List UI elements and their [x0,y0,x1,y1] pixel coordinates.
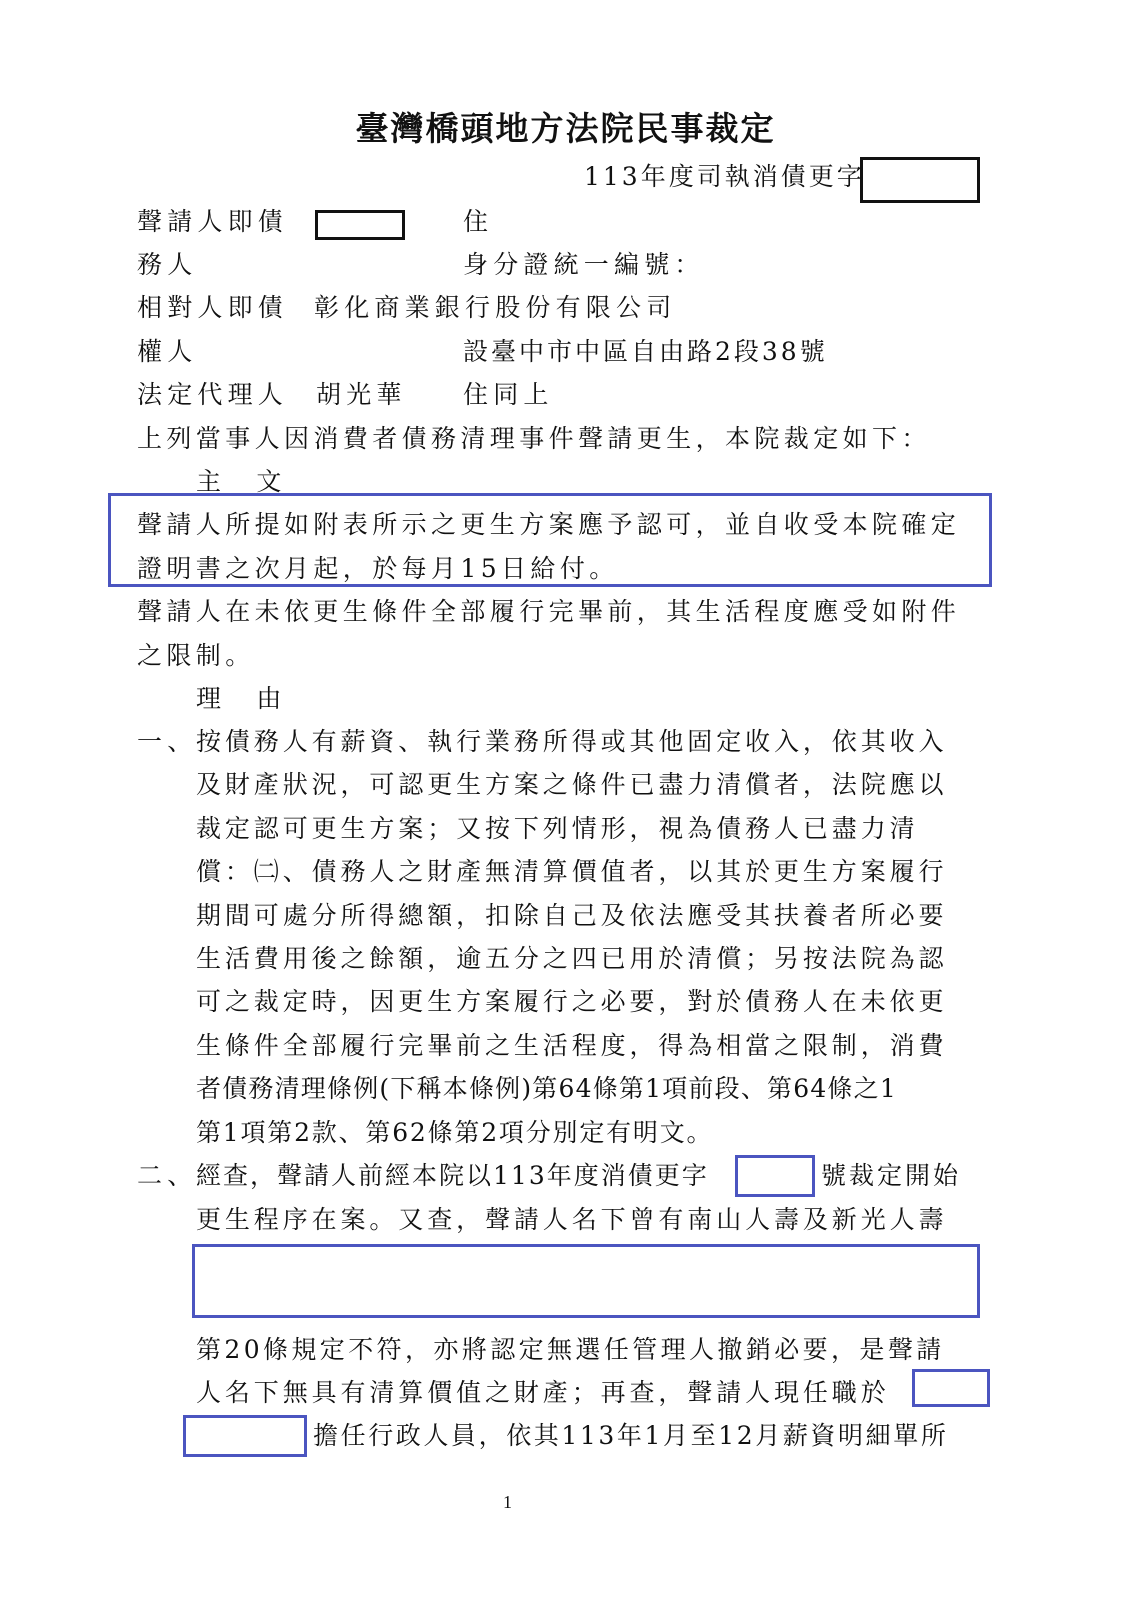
redacted-case-number-2 [735,1155,815,1197]
reason-line: 經查，聲請人前經本院以113年度消債更字 [196,1161,709,1191]
reason-line: 更生程序在案。又查，聲請人名下曾有南山人壽及新光人壽 [196,1205,947,1235]
legal-rep-name: 胡光華 [316,380,407,410]
main-text-line: 證明書之次月起，於每月15日給付。 [137,554,619,584]
applicant-id-label: 身分證統一編號： [463,250,705,280]
item2-marker: 二、 [137,1161,197,1191]
reason-line: 按債務人有薪資、執行業務所得或其他固定收入，依其收入 [196,727,947,757]
main-text-line: 之限制。 [137,641,255,671]
reason-line: 第1項第2款、第62條第2項分別定有明文。 [196,1118,713,1148]
counterparty-name: 彰化商業銀行股份有限公司 [314,293,676,323]
redacted-applicant-name [315,210,405,240]
counterparty-address: 設臺中市中區自由路2段38號 [463,337,828,367]
redacted-case-number [860,157,980,203]
reason-line: 及財產狀況，可認更生方案之條件已盡力清償者，法院應以 [196,770,947,800]
reason-heading: 理 由 [196,684,287,714]
legal-rep-label: 法定代理人 [137,380,288,410]
applicant-address-label: 住 [463,207,493,237]
applicant-label-1: 聲請人即債 [137,207,288,237]
reason-line: 可之裁定時，因更生方案履行之必要，對於債務人在未依更 [196,987,947,1017]
legal-rep-address: 住同上 [463,380,554,410]
counterparty-label-1: 相對人即債 [137,293,288,323]
page-number: 1 [503,1492,512,1513]
redacted-paragraph [192,1244,980,1318]
reason-line: 裁定認可更生方案；又按下列情形，視為債務人已盡力清 [196,814,919,844]
reason-line: 擔任行政人員，依其113年1月至12月薪資明細單所 [313,1421,948,1451]
counterparty-label-2: 權人 [137,337,197,367]
court-title: 臺灣橋頭地方法院民事裁定 [0,103,1131,150]
reason-line: 第20條規定不符，亦將認定無選任管理人撤銷必要，是聲請 [196,1335,945,1365]
case-number: 113年度司執消債更字 [584,162,865,192]
reason-line: 期間可處分所得總額，扣除自己及依法應受其扶養者所必要 [196,901,947,931]
redacted-employer-2 [183,1415,307,1457]
reason-line: 生活費用後之餘額，逾五分之四已用於清償；另按法院為認 [196,944,947,974]
reason-line: 人名下無具有清算價值之財產；再查，聲請人現任職於 [196,1378,890,1408]
main-text-line: 聲請人在未依更生條件全部履行完畢前，其生活程度應受如附件 [137,597,960,627]
reason-line: 號裁定開始 [821,1161,961,1191]
main-text-line: 聲請人所提如附表所示之更生方案應予認可，並自收受本院確定 [137,510,960,540]
reason-line: 償：㈡、債務人之財產無清算價值者，以其於更生方案履行 [196,857,947,887]
intro-text: 上列當事人因消費者債務清理事件聲請更生，本院裁定如下： [137,424,931,454]
reason-line: 者債務清理條例(下稱本條例)第64條第1項前段、第64條之1 [196,1074,897,1104]
applicant-label-2: 務人 [137,250,197,280]
item1-marker: 一、 [137,727,197,757]
redacted-employer-1 [912,1369,990,1407]
reason-line: 生條件全部履行完畢前之生活程度，得為相當之限制，消費 [196,1031,947,1061]
